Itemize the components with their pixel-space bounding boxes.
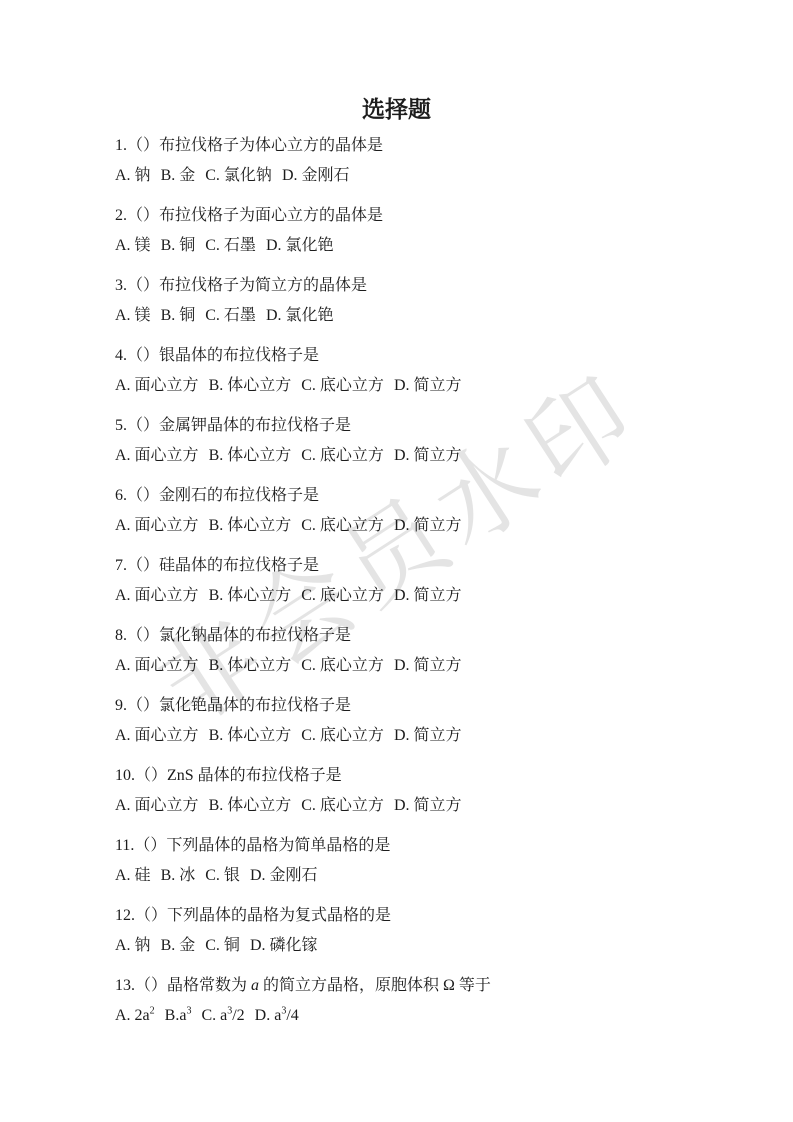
options-line: A. 面心立方B. 体心立方C. 底心立方D. 简立方 (115, 371, 793, 401)
question-stem: 12.（）下列晶体的晶格为复式晶格的是 (115, 901, 793, 931)
options-line: A. 2a2B.a3C. a3/2D. a3/4 (115, 1001, 793, 1031)
question-9: 9.（）氯化铯晶体的布拉伐格子是A. 面心立方B. 体心立方C. 底心立方D. … (115, 691, 793, 751)
option: A. 镁 (115, 237, 151, 254)
option: B. 铜 (161, 307, 196, 324)
option: B. 体心立方 (209, 797, 292, 814)
option: B. 金 (161, 167, 196, 184)
option: D. 简立方 (394, 797, 462, 814)
option: C. 铜 (205, 937, 240, 954)
option: A. 面心立方 (115, 377, 199, 394)
option: A. 硅 (115, 867, 151, 884)
option: A. 面心立方 (115, 447, 199, 464)
option: D. 简立方 (394, 727, 462, 744)
question-7: 7.（）硅晶体的布拉伐格子是A. 面心立方B. 体心立方C. 底心立方D. 简立… (115, 551, 793, 611)
option: C. 银 (205, 867, 240, 884)
question-stem: 2.（）布拉伐格子为面心立方的晶体是 (115, 201, 793, 231)
question-stem: 11.（）下列晶体的晶格为简单晶格的是 (115, 831, 793, 861)
question-1: 1.（）布拉伐格子为体心立方的晶体是A. 钠B. 金C. 氯化钠D. 金刚石 (115, 131, 793, 191)
options-line: A. 面心立方B. 体心立方C. 底心立方D. 简立方 (115, 441, 793, 471)
option: A. 2a2 (115, 1007, 155, 1024)
option: C. 底心立方 (301, 727, 384, 744)
question-4: 4.（）银晶体的布拉伐格子是A. 面心立方B. 体心立方C. 底心立方D. 简立… (115, 341, 793, 401)
option: A. 钠 (115, 167, 151, 184)
options-line: A. 面心立方B. 体心立方C. 底心立方D. 简立方 (115, 651, 793, 681)
question-stem: 1.（）布拉伐格子为体心立方的晶体是 (115, 131, 793, 161)
option: B. 体心立方 (209, 657, 292, 674)
option: C. 底心立方 (301, 447, 384, 464)
option: D. 金刚石 (250, 867, 318, 884)
option: C. 氯化钠 (205, 167, 272, 184)
question-13: 13.（）晶格常数为 a 的简立方晶格，原胞体积 Ω 等于A. 2a2B.a3C… (115, 971, 793, 1031)
option: B.a3 (165, 1007, 192, 1024)
option: A. 面心立方 (115, 727, 199, 744)
option: B. 铜 (161, 237, 196, 254)
option: C. 石墨 (205, 307, 256, 324)
question-11: 11.（）下列晶体的晶格为简单晶格的是A. 硅B. 冰C. 银D. 金刚石 (115, 831, 793, 891)
option: A. 面心立方 (115, 657, 199, 674)
option: D. a3/4 (255, 1007, 299, 1024)
question-5: 5.（）金属钾晶体的布拉伐格子是A. 面心立方B. 体心立方C. 底心立方D. … (115, 411, 793, 471)
option: A. 钠 (115, 937, 151, 954)
question-stem: 10.（）ZnS 晶体的布拉伐格子是 (115, 761, 793, 791)
options-line: A. 面心立方B. 体心立方C. 底心立方D. 简立方 (115, 511, 793, 541)
option: D. 简立方 (394, 517, 462, 534)
option: D. 简立方 (394, 657, 462, 674)
option: D. 氯化铯 (266, 237, 334, 254)
page-title: 选择题 (0, 0, 793, 124)
document-page: 非会员水印 选择题 1.（）布拉伐格子为体心立方的晶体是A. 钠B. 金C. 氯… (0, 0, 793, 1122)
options-line: A. 钠B. 金C. 铜D. 磷化镓 (115, 931, 793, 961)
option: D. 简立方 (394, 447, 462, 464)
option: D. 简立方 (394, 377, 462, 394)
option: A. 面心立方 (115, 587, 199, 604)
options-line: A. 镁B. 铜C. 石墨D. 氯化铯 (115, 231, 793, 261)
option: A. 面心立方 (115, 797, 199, 814)
option: D. 磷化镓 (250, 937, 318, 954)
question-stem: 13.（）晶格常数为 a 的简立方晶格，原胞体积 Ω 等于 (115, 971, 793, 1001)
option: B. 冰 (161, 867, 196, 884)
question-stem: 9.（）氯化铯晶体的布拉伐格子是 (115, 691, 793, 721)
option: A. 镁 (115, 307, 151, 324)
option: C. 底心立方 (301, 377, 384, 394)
options-line: A. 钠B. 金C. 氯化钠D. 金刚石 (115, 161, 793, 191)
question-stem: 7.（）硅晶体的布拉伐格子是 (115, 551, 793, 581)
option: C. 底心立方 (301, 587, 384, 604)
option: B. 体心立方 (209, 587, 292, 604)
option: B. 体心立方 (209, 517, 292, 534)
question-stem: 8.（）氯化钠晶体的布拉伐格子是 (115, 621, 793, 651)
question-6: 6.（）金刚石的布拉伐格子是A. 面心立方B. 体心立方C. 底心立方D. 简立… (115, 481, 793, 541)
question-12: 12.（）下列晶体的晶格为复式晶格的是A. 钠B. 金C. 铜D. 磷化镓 (115, 901, 793, 961)
options-line: A. 面心立方B. 体心立方C. 底心立方D. 简立方 (115, 581, 793, 611)
option: B. 金 (161, 937, 196, 954)
option: B. 体心立方 (209, 377, 292, 394)
question-2: 2.（）布拉伐格子为面心立方的晶体是A. 镁B. 铜C. 石墨D. 氯化铯 (115, 201, 793, 261)
options-line: A. 面心立方B. 体心立方C. 底心立方D. 简立方 (115, 721, 793, 751)
option: D. 氯化铯 (266, 307, 334, 324)
option: C. 底心立方 (301, 517, 384, 534)
option: B. 体心立方 (209, 447, 292, 464)
question-list: 1.（）布拉伐格子为体心立方的晶体是A. 钠B. 金C. 氯化钠D. 金刚石2.… (0, 131, 793, 1031)
question-3: 3.（）布拉伐格子为简立方的晶体是A. 镁B. 铜C. 石墨D. 氯化铯 (115, 271, 793, 331)
options-line: A. 硅B. 冰C. 银D. 金刚石 (115, 861, 793, 891)
option: C. a3/2 (201, 1007, 244, 1024)
question-stem: 6.（）金刚石的布拉伐格子是 (115, 481, 793, 511)
question-stem: 5.（）金属钾晶体的布拉伐格子是 (115, 411, 793, 441)
option: C. 底心立方 (301, 657, 384, 674)
option: C. 底心立方 (301, 797, 384, 814)
option: B. 体心立方 (209, 727, 292, 744)
options-line: A. 面心立方B. 体心立方C. 底心立方D. 简立方 (115, 791, 793, 821)
question-10: 10.（）ZnS 晶体的布拉伐格子是A. 面心立方B. 体心立方C. 底心立方D… (115, 761, 793, 821)
option: A. 面心立方 (115, 517, 199, 534)
option: C. 石墨 (205, 237, 256, 254)
options-line: A. 镁B. 铜C. 石墨D. 氯化铯 (115, 301, 793, 331)
option: D. 简立方 (394, 587, 462, 604)
question-stem: 4.（）银晶体的布拉伐格子是 (115, 341, 793, 371)
option: D. 金刚石 (282, 167, 350, 184)
question-8: 8.（）氯化钠晶体的布拉伐格子是A. 面心立方B. 体心立方C. 底心立方D. … (115, 621, 793, 681)
question-stem: 3.（）布拉伐格子为简立方的晶体是 (115, 271, 793, 301)
